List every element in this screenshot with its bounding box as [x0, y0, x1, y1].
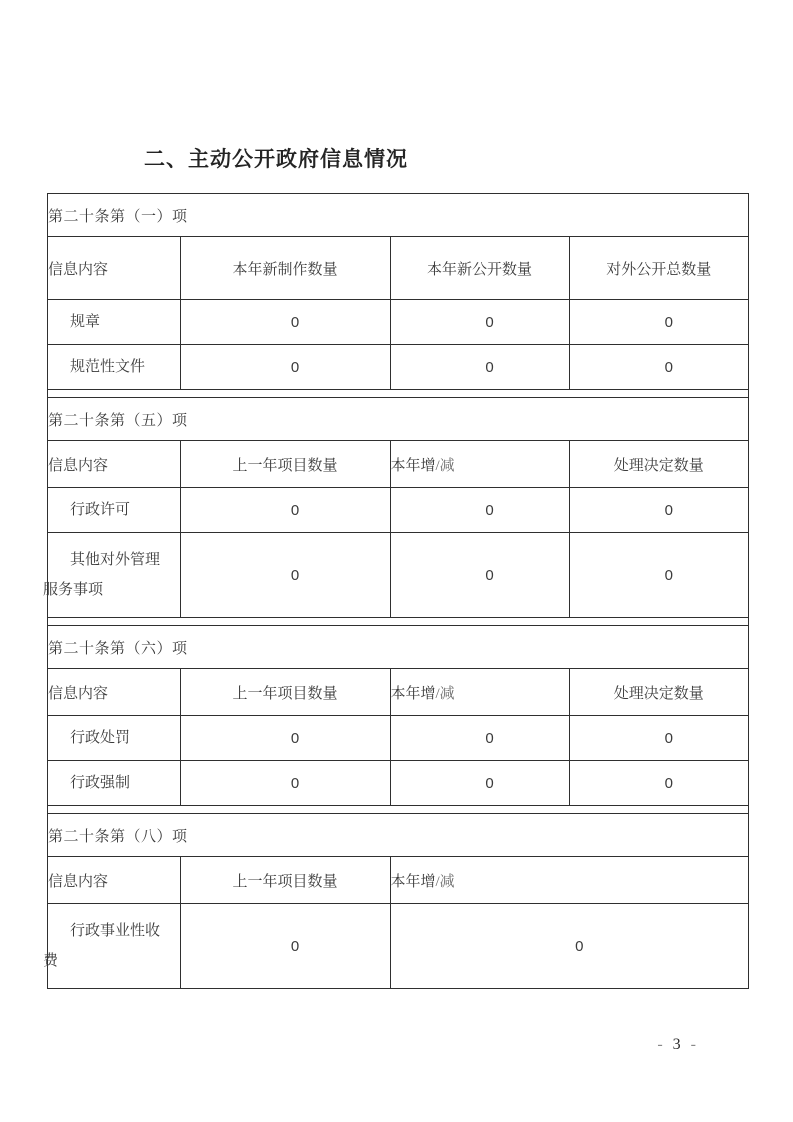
column-header: 上一年项目数量 [180, 857, 390, 904]
column-header: 上一年项目数量 [180, 669, 390, 716]
section-title-row: 第二十条第（六）项 [48, 626, 748, 669]
table-row: 其他对外管理服务事项000 [48, 533, 748, 618]
row-value: 0 [180, 761, 390, 806]
row-value: 0 [390, 488, 569, 533]
row-label: 行政许可 [43, 495, 169, 525]
header-text-alt: /减 [436, 874, 455, 890]
row-label: 行政事业性收费 [43, 916, 169, 976]
row-value: 0 [569, 716, 748, 761]
row-label-cell: 行政处罚 [48, 716, 180, 761]
row-label: 规范性文件 [43, 352, 169, 382]
row-label-cell: 规范性文件 [48, 345, 180, 390]
row-value: 0 [390, 300, 569, 345]
section-table: 第二十条第（五）项信息内容上一年项目数量本年增/减处理决定数量行政许可000其他… [48, 397, 748, 618]
row-value: 0 [390, 533, 569, 618]
header-text: 本年增 [391, 457, 436, 474]
header-text: 本年增 [391, 685, 436, 702]
row-label-cell: 行政强制 [48, 761, 180, 806]
column-header: 本年增/减 [390, 669, 569, 716]
column-header: 本年增/减 [390, 441, 569, 488]
row-label: 行政处罚 [43, 723, 169, 753]
column-header: 处理决定数量 [569, 441, 748, 488]
column-header: 对外公开总数量 [569, 237, 748, 300]
table-row: 规章000 [48, 300, 748, 345]
header-row: 信息内容本年新制作数量本年新公开数量对外公开总数量 [48, 237, 748, 300]
header-row: 信息内容上一年项目数量本年增/减处理决定数量 [48, 441, 748, 488]
row-value: 0 [390, 761, 569, 806]
section-table: 第二十条第（一）项信息内容本年新制作数量本年新公开数量对外公开总数量规章000规… [48, 193, 748, 390]
report-table: 第二十条第（一）项信息内容本年新制作数量本年新公开数量对外公开总数量规章000规… [47, 193, 749, 989]
row-label: 其他对外管理服务事项 [43, 545, 169, 605]
section-title: 第二十条第（五）项 [48, 398, 748, 441]
column-header: 本年新公开数量 [390, 237, 569, 300]
row-value: 0 [569, 300, 748, 345]
page-number: - 3 - [657, 1036, 699, 1054]
section-title: 第二十条第（八）项 [48, 814, 748, 857]
column-header: 信息内容 [48, 669, 180, 716]
column-header: 信息内容 [48, 441, 180, 488]
row-value: 0 [390, 904, 748, 989]
row-label-cell: 行政事业性收费 [48, 904, 180, 989]
table-row: 行政强制000 [48, 761, 748, 806]
column-header: 本年新制作数量 [180, 237, 390, 300]
table-row: 规范性文件000 [48, 345, 748, 390]
page-number-left-dash: - [657, 1036, 665, 1053]
section-title: 第二十条第（六）项 [48, 626, 748, 669]
row-label: 行政强制 [43, 768, 169, 798]
column-header: 信息内容 [48, 857, 180, 904]
row-value: 0 [180, 300, 390, 345]
table-row: 行政处罚000 [48, 716, 748, 761]
section-title-row: 第二十条第（八）项 [48, 814, 748, 857]
column-header: 信息内容 [48, 237, 180, 300]
page-number-value: 3 [673, 1036, 684, 1053]
section-table: 第二十条第（八）项信息内容上一年项目数量本年增/减行政事业性收费00 [48, 813, 748, 989]
header-text-alt: /减 [436, 458, 455, 474]
table-row: 行政事业性收费00 [48, 904, 748, 989]
row-value: 0 [569, 488, 748, 533]
column-header: 处理决定数量 [569, 669, 748, 716]
row-value: 0 [180, 488, 390, 533]
section-table: 第二十条第（六）项信息内容上一年项目数量本年增/减处理决定数量行政处罚000行政… [48, 625, 748, 806]
row-value: 0 [569, 761, 748, 806]
row-value: 0 [180, 345, 390, 390]
row-value: 0 [569, 345, 748, 390]
row-label-cell: 其他对外管理服务事项 [48, 533, 180, 618]
row-value: 0 [569, 533, 748, 618]
header-text-alt: /减 [436, 686, 455, 702]
page-title: 二、主动公开政府信息情况 [144, 143, 408, 173]
row-label-cell: 规章 [48, 300, 180, 345]
column-header: 上一年项目数量 [180, 441, 390, 488]
row-value: 0 [390, 716, 569, 761]
row-value: 0 [180, 716, 390, 761]
row-value: 0 [180, 533, 390, 618]
row-value: 0 [180, 904, 390, 989]
row-label-cell: 行政许可 [48, 488, 180, 533]
row-label: 规章 [43, 307, 169, 337]
header-row: 信息内容上一年项目数量本年增/减 [48, 857, 748, 904]
header-text: 本年增 [391, 873, 436, 890]
table-row: 行政许可000 [48, 488, 748, 533]
column-header: 本年增/减 [390, 857, 748, 904]
page-number-right-dash: - [691, 1036, 699, 1053]
row-value: 0 [390, 345, 569, 390]
header-row: 信息内容上一年项目数量本年增/减处理决定数量 [48, 669, 748, 716]
section-title-row: 第二十条第（一）项 [48, 194, 748, 237]
section-title-row: 第二十条第（五）项 [48, 398, 748, 441]
section-title: 第二十条第（一）项 [48, 194, 748, 237]
